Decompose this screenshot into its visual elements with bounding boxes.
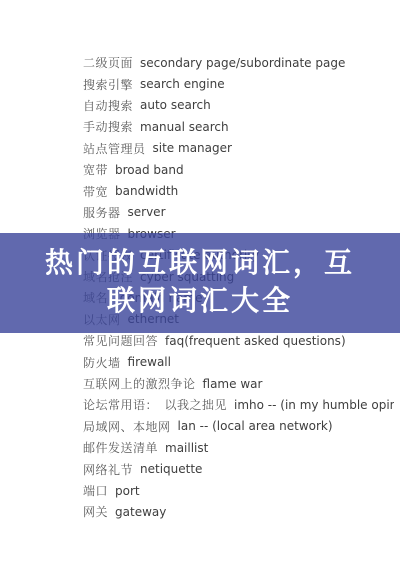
term-en: faq(frequent asked questions) [165, 334, 346, 348]
term-zh: 手动搜索 [83, 118, 133, 135]
glossary-row: 站点管理员 site manager [83, 138, 394, 159]
term-zh: 端口 [83, 482, 108, 499]
term-zh: 网关 [83, 503, 108, 520]
glossary-row: 局域网、本地网 lan -- (local area network) [83, 416, 394, 437]
glossary-row: 网络礼节 netiquette [83, 458, 394, 479]
title-line-1: 热门的互联网词汇，互 [0, 244, 400, 282]
term-en: manual search [140, 120, 229, 134]
term-en: maillist [165, 441, 208, 455]
glossary-row: 互联网上的激烈争论 flame war [83, 373, 394, 394]
term-en: port [115, 484, 140, 498]
glossary-row: 自动搜索 auto search [83, 95, 394, 116]
glossary-row: 防火墙 firewall [83, 351, 394, 372]
term-en: gateway [115, 505, 166, 519]
term-en: broad band [115, 163, 184, 177]
title-overlay-banner: 热门的互联网词汇，互 联网词汇大全 [0, 233, 400, 333]
page: 二级页面 secondary page/subordinate page 搜索引… [0, 0, 400, 566]
term-en: firewall [128, 355, 171, 369]
term-zh: 搜索引擎 [83, 76, 133, 93]
term-en: flame war [203, 377, 263, 391]
glossary-row: 服务器 server [83, 202, 394, 223]
term-en: lan -- (local area network) [178, 419, 333, 433]
term-en: auto search [140, 98, 211, 112]
page-title: 热门的互联网词汇，互 联网词汇大全 [0, 244, 400, 320]
term-en: bandwidth [115, 184, 178, 198]
glossary-row: 常见问题回答 faq(frequent asked questions) [83, 330, 394, 351]
glossary-row: 二级页面 secondary page/subordinate page [83, 52, 394, 73]
term-zh: 互联网上的激烈争论 [83, 375, 196, 392]
term-zh: 防火墙 [83, 354, 121, 371]
glossary-row: 宽带 broad band [83, 159, 394, 180]
term-en: site manager [153, 141, 232, 155]
term-en: server [128, 205, 166, 219]
term-zh: 网络礼节 [83, 461, 133, 478]
glossary-row: 带宽 bandwidth [83, 180, 394, 201]
glossary-row: 邮件发送清单 maillist [83, 437, 394, 458]
term-zh: 站点管理员 [83, 140, 146, 157]
term-zh: 自动搜索 [83, 97, 133, 114]
glossary-row: 手动搜索 manual search [83, 116, 394, 137]
term-zh: 宽带 [83, 161, 108, 178]
term-zh: 二级页面 [83, 54, 133, 71]
glossary-row: 网关 gateway [83, 501, 394, 522]
term-zh: 局域网、本地网 [83, 418, 171, 435]
term-zh: 邮件发送清单 [83, 439, 158, 456]
glossary-row: 搜索引擎 search engine [83, 73, 394, 94]
term-zh: 带宽 [83, 183, 108, 200]
glossary-row: 论坛常用语： 以我之拙见 imho -- (in my humble opini… [83, 394, 394, 415]
term-en: search engine [140, 77, 225, 91]
term-en: netiquette [140, 462, 202, 476]
term-en: imho -- (in my humble opinion) [234, 398, 394, 412]
term-zh: 论坛常用语： 以我之拙见 [83, 396, 227, 413]
term-zh: 常见问题回答 [83, 332, 158, 349]
glossary-row: 端口 port [83, 480, 394, 501]
title-line-2: 联网词汇大全 [0, 282, 400, 320]
term-zh: 服务器 [83, 204, 121, 221]
term-en: secondary page/subordinate page [140, 56, 345, 70]
